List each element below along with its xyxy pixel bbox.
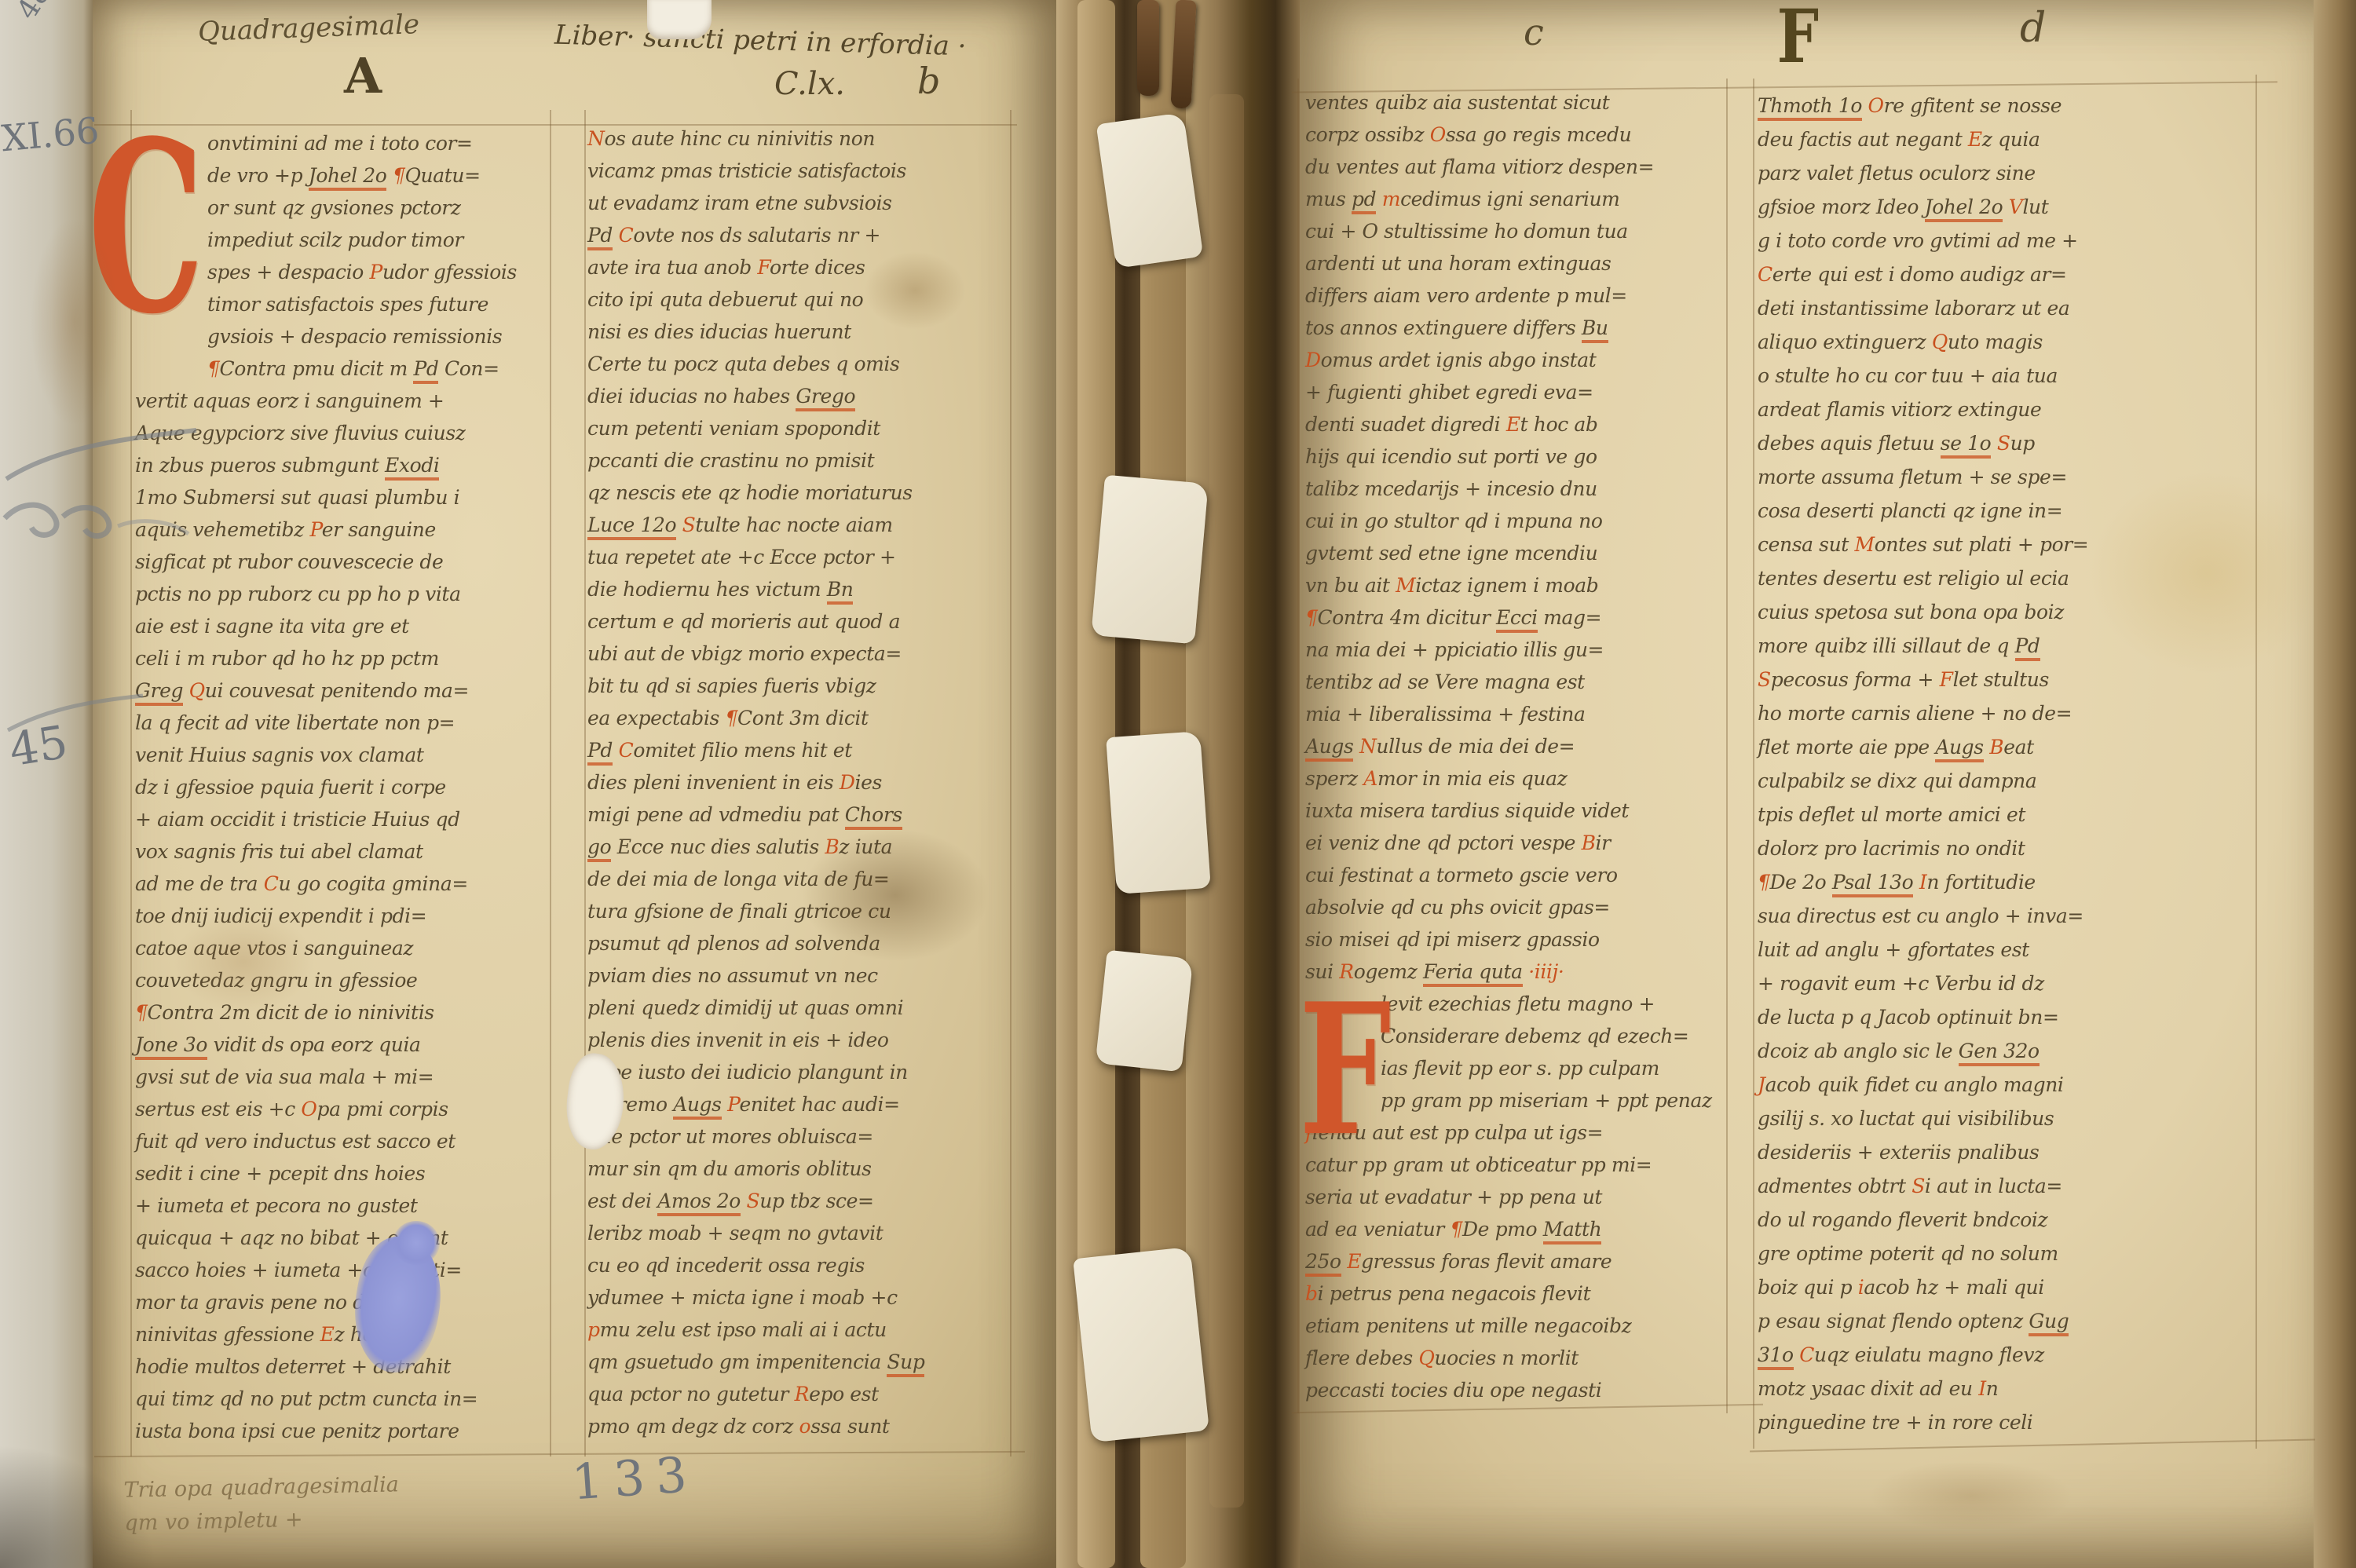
rubric-initial-c: C bbox=[88, 119, 204, 336]
body-text: or sunt qz gvsiones pctorz bbox=[207, 196, 461, 219]
manuscript-line: deu factis aut negant Ez quia bbox=[1758, 128, 2186, 162]
manuscript-line: die hodiernu hes victum Bn bbox=[587, 578, 1004, 610]
manuscript-line: ut evadamz iram etne subvsiois bbox=[587, 192, 1004, 224]
rubric-text: ¶ bbox=[725, 707, 737, 729]
manuscript-line: celi i m rubor qd ho hz pp pctm bbox=[135, 647, 547, 679]
body-text: ssa go regis mcedu bbox=[1446, 123, 1631, 146]
manuscript-line: 31o Cuqz eiulatu magno flevz bbox=[1758, 1343, 2186, 1377]
body-text: sepe iusto dei iudicio plangunt in bbox=[587, 1061, 908, 1084]
manuscript-line: p esau signat flendo optenz Gug bbox=[1758, 1310, 2186, 1343]
citation-underlined: Chors bbox=[845, 803, 902, 830]
body-text: o stulte ho cu cor tuu + aia tua bbox=[1758, 364, 2058, 387]
ruling-line bbox=[1753, 79, 1754, 1449]
citation-underlined: Johel 2o bbox=[1925, 196, 2003, 222]
manuscript-line: cito ipi quta debuerut qui no bbox=[587, 288, 1004, 320]
manuscript-line: ea expectabis ¶Cont 3m dicit bbox=[587, 707, 1004, 739]
manuscript-line: peccasti tocies diu ope negasti bbox=[1305, 1379, 1725, 1411]
body-text: Cont 3m dicit bbox=[737, 707, 869, 729]
body-text: gvtemt sed etne igne mcendiu bbox=[1305, 542, 1597, 565]
manuscript-line: debes aquis fletuu se 1o Sup bbox=[1758, 432, 2186, 466]
manuscript-line: venit Huius sagnis vox clamat bbox=[135, 744, 547, 776]
manuscript-line: ardeat flamis vitiorz extingue bbox=[1758, 398, 2186, 432]
manuscript-line: + iumeta et pecora no gustet bbox=[135, 1194, 547, 1226]
manuscript-line: ninivitas gfessione Ez heu tibi bbox=[135, 1323, 547, 1355]
body-text: z quia bbox=[1982, 128, 2040, 151]
rubric-text: P bbox=[369, 261, 382, 283]
rubric-initial-f: F bbox=[1299, 988, 1391, 1154]
body-text: acob hz + mali qui bbox=[1864, 1276, 2043, 1299]
body-text: cuius spetosa sut bona opa boiz bbox=[1758, 601, 2064, 623]
manuscript-line: aliquo extinguerz Quto magis bbox=[1758, 331, 2186, 364]
body-text: pviam dies no assumut vn nec bbox=[587, 964, 878, 987]
citation-underlined: Sup bbox=[887, 1351, 924, 1377]
rubric-text: ¶ bbox=[1305, 606, 1318, 629]
body-text: est dei bbox=[587, 1190, 657, 1212]
manuscript-line: + rogavit eum +c Verbu id dz bbox=[1758, 972, 2186, 1006]
body-text: Considerare debemz qd ezech= bbox=[1381, 1025, 1688, 1047]
manuscript-line: Pd Comitet filio mens hit et bbox=[587, 739, 1004, 771]
body-text: pctis no pp ruborz cu pp ho p vita bbox=[135, 583, 461, 605]
body-text: absolvie qd cu phs ovicit gpas= bbox=[1305, 896, 1610, 919]
citation-underlined: 31o bbox=[1758, 1343, 1794, 1370]
body-text: onvtimini ad me i toto cor= bbox=[207, 132, 473, 155]
manuscript-line: de dei mia de longa vita de fu= bbox=[587, 868, 1004, 900]
pencil-page-number: 133 bbox=[570, 1445, 700, 1511]
manuscript-line: ubi aut de vbigz morio expecta= bbox=[587, 642, 1004, 674]
manuscript-line: mus pd mcedimus igni senarium bbox=[1305, 188, 1725, 220]
body-text: corpz ossibz bbox=[1305, 123, 1430, 146]
column-letter-a: A bbox=[344, 47, 382, 104]
rubric-text: P bbox=[309, 518, 321, 541]
manuscript-line: migi pene ad vdmediu pat Chors bbox=[587, 803, 1004, 835]
body-text: dies pleni invenient in eis bbox=[587, 771, 840, 794]
manuscript-line: du ventes aut flama vitiorz despen= bbox=[1305, 155, 1725, 188]
manuscript-line: dcoiz ab anglo sic le Gen 32o bbox=[1758, 1040, 2186, 1073]
citation-underlined: Thmoth 1o bbox=[1758, 94, 1862, 121]
rubric-text: m bbox=[1382, 188, 1400, 210]
body-text: vidit ds opa eorz quia bbox=[207, 1033, 420, 1056]
manuscript-line: pccanti die crastinu no pmisit bbox=[587, 449, 1004, 481]
body-text: de vro +p bbox=[207, 164, 309, 187]
body-text: catoe aque vtos i sanguineaz bbox=[135, 937, 413, 959]
body-text: quicqua + aqz no bibat + opiant bbox=[135, 1226, 448, 1249]
manuscript-line: nisi es dies iducias huerunt bbox=[587, 320, 1004, 353]
manuscript-line: plenis dies invenit in eis + ideo bbox=[587, 1029, 1004, 1061]
citation-underlined: Johel 2o bbox=[309, 164, 387, 191]
body-text: erte qui est i domo audigz ar= bbox=[1772, 263, 2067, 286]
parchment-guard bbox=[1209, 94, 1244, 1508]
body-text: tua repetet ate +c Ecce pctor + bbox=[587, 546, 896, 568]
paper-slip bbox=[1096, 950, 1194, 1073]
body-text: sedit i cine + pcepit dns hoies bbox=[135, 1162, 425, 1185]
citation-underlined: Psal 13o bbox=[1832, 871, 1914, 897]
body-text: ictaz ignem i moab bbox=[1415, 574, 1598, 597]
rubric-text: ·iiij· bbox=[1528, 960, 1564, 983]
body-text: motz ysaac dixit ad eu bbox=[1758, 1377, 1978, 1400]
manuscript-line: mur sin qm du amoris oblitus bbox=[587, 1157, 1004, 1190]
body-text: ei veniz dne qd pctori vespe bbox=[1305, 832, 1582, 854]
body-text bbox=[613, 224, 619, 247]
body-text: ut evadamz iram etne subvsiois bbox=[587, 192, 892, 214]
manuscript-line: vicamz pmas tristicie satisfactois bbox=[587, 159, 1004, 192]
body-text: levit ezechias fletu magno + bbox=[1381, 992, 1655, 1015]
body-text: ardenti ut una horam extinguas bbox=[1305, 252, 1611, 275]
citation-underlined: se 1o bbox=[1941, 432, 1992, 459]
rubric-text: o bbox=[799, 1415, 811, 1438]
body-text: Contra 2m dicit de io ninivitis bbox=[148, 1001, 434, 1024]
body-text: cu eo qd incederit ossa regis bbox=[587, 1254, 865, 1277]
citation-underlined: Gug bbox=[2029, 1310, 2069, 1336]
rubric-text: C bbox=[264, 872, 279, 895]
rubric-text: J bbox=[1758, 1073, 1765, 1096]
manuscript-line: tentes desertu est religio ul ecia bbox=[1758, 567, 2186, 601]
body-text: mu zelu est ipso mali ai i actu bbox=[600, 1318, 887, 1341]
body-text bbox=[2003, 196, 2009, 218]
body-text: tentibz ad se Vere magna est bbox=[1305, 671, 1585, 693]
manuscript-line: Jone 3o vidit ds opa eorz quia bbox=[135, 1033, 547, 1065]
manuscript-line: sua directus est cu anglo + inva= bbox=[1758, 905, 2186, 938]
rubric-text: F bbox=[757, 256, 770, 279]
body-text: ardeat flamis vitiorz extingue bbox=[1758, 398, 2041, 421]
manuscript-line: ¶De 2o Psal 13o In fortitudie bbox=[1758, 871, 2186, 905]
manuscript-line: psumut qd plenos ad solvenda bbox=[587, 932, 1004, 964]
body-text: pccanti die crastinu no pmisit bbox=[587, 449, 874, 472]
manuscript-line: flere debes Quocies n morlit bbox=[1305, 1347, 1725, 1379]
body-text: mor in mia eis quaz bbox=[1377, 767, 1567, 790]
manuscript-line: denti suadet digredi Et hoc ab bbox=[1305, 413, 1725, 445]
body-text: n fortitudie bbox=[1926, 871, 2036, 894]
manuscript-line: Certe tu pocz quta debes q omis bbox=[587, 353, 1004, 385]
rubric-text: I bbox=[1978, 1377, 1985, 1400]
rubric-text: D bbox=[840, 771, 855, 794]
text-column-1: onvtimini ad me i toto cor=de vro +p Joh… bbox=[135, 132, 547, 1452]
rubric-text: E bbox=[1968, 128, 1982, 151]
body-text: up tbz sce= bbox=[759, 1190, 873, 1212]
body-text: z heu tibi bbox=[335, 1323, 424, 1346]
body-text: de dei mia de longa vita de fu= bbox=[587, 868, 889, 890]
manuscript-line: ad ea veniatur ¶De pmo Matth bbox=[1305, 1218, 1725, 1250]
body-text: ydumee + micta igne i moab +c bbox=[587, 1286, 898, 1309]
manuscript-line: absolvie qd cu phs ovicit gpas= bbox=[1305, 896, 1725, 928]
manuscript-line: la q fecit ad vite libertate non p= bbox=[135, 711, 547, 744]
body-text: pleni quedz dimidij ut quas omni bbox=[587, 996, 903, 1019]
body-text: sperz bbox=[1305, 767, 1363, 790]
manuscript-line: vox sagnis fris tui abel clamat bbox=[135, 840, 547, 872]
body-text: aliquo extinguerz bbox=[1758, 331, 1932, 353]
pencil-scribble bbox=[0, 424, 220, 581]
rubric-text: O bbox=[1430, 123, 1446, 146]
manuscript-line: leribz moab + seqm no gvtavit bbox=[587, 1222, 1004, 1254]
manuscript-line: ho morte carnis aliene + no de= bbox=[1758, 702, 2186, 736]
manuscript-line: + fugienti ghibet egredi eva= bbox=[1305, 381, 1725, 413]
body-text: etiam penitens ut mille negacoibz bbox=[1305, 1314, 1631, 1337]
body-text: pp gram pp miseriam + ppt penaz bbox=[1381, 1089, 1712, 1112]
body-text: ea expectabis bbox=[587, 707, 725, 729]
body-text: peccasti tocies diu ope negasti bbox=[1305, 1379, 1601, 1402]
rubric-text: R bbox=[795, 1383, 809, 1405]
body-text: talibz mcedarijs + incesio dnu bbox=[1305, 477, 1597, 500]
manuscript-line: boiz qui p iacob hz + mali qui bbox=[1758, 1276, 2186, 1310]
body-text: sua directus est cu anglo + inva= bbox=[1758, 905, 2083, 927]
ruling-line bbox=[1726, 79, 1728, 1413]
ruling-line bbox=[584, 110, 586, 1457]
body-text: Certe tu pocz quta debes q omis bbox=[587, 353, 899, 375]
manuscript-line: deti instantissime laborarz ut ea bbox=[1758, 297, 2186, 331]
body-text: deti instantissime laborarz ut ea bbox=[1758, 297, 2069, 320]
manuscript-line: ardenti ut una horam extinguas bbox=[1305, 252, 1725, 284]
body-text: gvsiois + despacio remissionis bbox=[207, 325, 502, 348]
body-text: uqz eiulatu magno flevz bbox=[1814, 1343, 2044, 1366]
manuscript-line: diei iducias no habes Grego bbox=[587, 385, 1004, 417]
body-text: + fugienti ghibet egredi eva= bbox=[1305, 381, 1593, 404]
manuscript-line: pmo qm degz dz corz ossa sunt bbox=[587, 1415, 1004, 1447]
manuscript-line: hijs qui icendio sut porti ve go bbox=[1305, 445, 1725, 477]
body-text: die hodiernu hes victum bbox=[587, 578, 827, 601]
manuscript-line: hodie multos deterret + detrahit bbox=[135, 1355, 547, 1387]
manuscript-line: talibz mcedarijs + incesio dnu bbox=[1305, 477, 1725, 510]
body-text: acob quik fidet cu anglo magni bbox=[1765, 1073, 2064, 1096]
rubric-text: Q bbox=[189, 679, 205, 702]
manuscript-line: sertus est eis +c Opa pmi corpis bbox=[135, 1098, 547, 1130]
body-text: cui + O stultissime ho domun tua bbox=[1305, 220, 1628, 243]
manuscript-line: seria ut evadatur + pp pena ut bbox=[1305, 1186, 1725, 1218]
body-text: vox sagnis fris tui abel clamat bbox=[135, 840, 423, 863]
manuscript-line: sacco hoies + iumeta +c Ecce ti= bbox=[135, 1259, 547, 1291]
citation-underlined: Jone 3o bbox=[135, 1033, 207, 1060]
body-text: u go cogita gmina= bbox=[278, 872, 467, 895]
body-text: diei iducias no habes bbox=[587, 385, 796, 408]
rubric-text: E bbox=[379, 1259, 393, 1281]
citation-underlined: Augs bbox=[1935, 736, 1983, 762]
manuscript-line: luit ad anglu + gfortates est bbox=[1758, 938, 2186, 972]
body-text: bit tu qd si sapies fueris vbigz bbox=[587, 674, 876, 697]
body-text: deu factis aut negant bbox=[1758, 128, 1968, 151]
citation-underlined: Grego bbox=[796, 385, 855, 411]
rubric-text: C bbox=[1799, 1343, 1814, 1366]
body-text: boiz qui p bbox=[1758, 1276, 1858, 1299]
paper-slip bbox=[1106, 731, 1211, 894]
manuscript-line: couvetedaz gngru in gfessioe bbox=[135, 969, 547, 1001]
manuscript-line: iuxta misera tardius siquide videt bbox=[1305, 799, 1725, 832]
body-text: i petrus pena negacois flevit bbox=[1318, 1282, 1591, 1305]
body-text: mia + liberalissima + festina bbox=[1305, 703, 1586, 726]
body-text: mus bbox=[1305, 188, 1352, 210]
manuscript-line: pctis no pp ruborz cu pp ho p vita bbox=[135, 583, 547, 615]
citation-underlined: Gen 32o bbox=[1959, 1040, 2040, 1066]
body-text: g i toto corde vro gvtimi ad me + bbox=[1758, 229, 2078, 252]
body-text: pinguedine tre + in rore celi bbox=[1758, 1411, 2032, 1434]
rubric-text: S bbox=[682, 514, 696, 536]
manuscript-line: bi petrus pena negacois flevit bbox=[1305, 1282, 1725, 1314]
body-text: tulte hac nocte aiam bbox=[695, 514, 892, 536]
manuscript-line: gre optime poterit qd no solum bbox=[1758, 1242, 2186, 1276]
rubric-text: M bbox=[1396, 574, 1415, 597]
text-column-3: ventes quibz aia sustentat sicutcorpz os… bbox=[1305, 91, 1725, 1411]
body-text: fuit qd vero inductus est sacco et bbox=[135, 1130, 455, 1153]
body-text: let stultus bbox=[1953, 668, 2049, 691]
manuscript-line: tua repetet ate +c Ecce pctor + bbox=[587, 546, 1004, 578]
manuscript-line: certum e qd morieris aut quod a bbox=[587, 610, 1004, 642]
manuscript-line: dolorz pro lacrimis no ondit bbox=[1758, 837, 2186, 871]
rubric-text: O bbox=[301, 1098, 316, 1120]
manuscript-line: qm gsuetudo gm impenitencia Sup bbox=[587, 1351, 1004, 1383]
body-text bbox=[1353, 735, 1359, 758]
manuscript-line: ydumee + micta igne i moab +c bbox=[587, 1286, 1004, 1318]
body-text: differs aiam vero ardente p mul= bbox=[1305, 284, 1627, 307]
body-text: do ul rogando fleverit bndcoiz bbox=[1758, 1208, 2047, 1231]
citation-underlined: Pd bbox=[587, 224, 613, 250]
manuscript-line: iusta bona ipsi cue penitz portare bbox=[135, 1420, 547, 1452]
citation-underlined: Exodi bbox=[385, 454, 439, 481]
body-text: + iumeta et pecora no gustet bbox=[135, 1194, 418, 1217]
body-text: impediut scilz pudor timor bbox=[207, 228, 463, 251]
body-text: dolorz pro lacrimis no ondit bbox=[1758, 837, 2025, 860]
rubric-text: V bbox=[2009, 196, 2023, 218]
body-text: censa sut bbox=[1758, 533, 1855, 556]
rubric-text: B bbox=[825, 835, 839, 858]
manuscript-line: tpis deflet ul morte amici et bbox=[1758, 803, 2186, 837]
rubric-text: I bbox=[1919, 871, 1926, 894]
manuscript-line: culpabilz se dixz qui dampna bbox=[1758, 769, 2186, 803]
footer-annotation: Tria opa quadragesimalia qm vo impletu + bbox=[123, 1468, 400, 1540]
body-text: epo est bbox=[809, 1383, 879, 1405]
ruling-line bbox=[2255, 75, 2257, 1449]
body-text: vertit aquas eorz i sanguinem + bbox=[135, 389, 444, 412]
body-text: admentes obtrt bbox=[1758, 1175, 1912, 1197]
rubric-text: E bbox=[320, 1323, 335, 1346]
body-text: de lucta p q Jacob optinuit bn= bbox=[1758, 1006, 2059, 1029]
body-text: desideriis + exteriis pnalibus bbox=[1758, 1141, 2039, 1164]
citation-underlined: Pd bbox=[2015, 634, 2040, 661]
manuscript-line: ad me de tra Cu go cogita gmina= bbox=[135, 872, 547, 905]
page-edge bbox=[2314, 0, 2356, 1568]
body-text: ullus de mia dei de= bbox=[1376, 735, 1575, 758]
citation-underlined: Matth bbox=[1543, 1218, 1602, 1245]
body-text: debes aquis fletuu bbox=[1758, 432, 1941, 455]
body-text: ad me de tra bbox=[135, 872, 264, 895]
body-text: morte assuma fletum + se spe= bbox=[1758, 466, 2067, 488]
manuscript-line: gsilij s. xo luctat qui visibilibus bbox=[1758, 1107, 2186, 1141]
rubric-text: C bbox=[619, 739, 634, 762]
body-text: enitet hac audi= bbox=[739, 1093, 899, 1116]
manuscript-line: sio misei qd ipi miserz gpassio bbox=[1305, 928, 1725, 960]
manuscript-line: differs aiam vero ardente p mul= bbox=[1305, 284, 1725, 316]
manuscript-line: de lucta p q Jacob optinuit bn= bbox=[1758, 1006, 2186, 1040]
manuscript-line: avte ira tua anob Forte dices bbox=[587, 256, 1004, 288]
body-text: ias flevit pp eor s. pp culpam bbox=[1381, 1057, 1659, 1080]
rubric-text: ¶ bbox=[135, 1001, 148, 1024]
ruling-line bbox=[550, 110, 551, 1457]
body-text: uocies n morlit bbox=[1434, 1347, 1579, 1369]
manuscript-line: gvsi sut de via sua mala + mi= bbox=[135, 1065, 547, 1098]
manuscript-line: tura gfsione de finali gtricoe cu bbox=[587, 900, 1004, 932]
manuscript-line: ¶Contra 4m dicitur Ecci mag= bbox=[1305, 606, 1725, 638]
manuscript-line: go Ecce nuc dies salutis Bz iuta bbox=[587, 835, 1004, 868]
body-text: ontes sut plati + por= bbox=[1875, 533, 2089, 556]
rubric-text: A bbox=[1363, 767, 1377, 790]
body-text: gfsioe morz Ideo bbox=[1758, 196, 1925, 218]
body-text: denti suadet digredi bbox=[1305, 413, 1506, 436]
footer-annotation-line2: qm vo impletu + bbox=[124, 1501, 400, 1540]
body-text: extremo bbox=[587, 1093, 673, 1116]
body-text: timor satisfactois spes future bbox=[207, 293, 488, 316]
manuscript-line: mia + liberalissima + festina bbox=[1305, 703, 1725, 735]
text-column-4: Thmoth 1o Ore gfitent se nossedeu factis… bbox=[1758, 94, 2186, 1445]
manuscript-line: o stulte ho cu cor tuu + aia tua bbox=[1758, 364, 2186, 398]
rubric-text: O bbox=[1868, 94, 1884, 117]
body-text: flet morte aie ppe bbox=[1758, 736, 1935, 758]
rubric-text: B bbox=[1582, 832, 1596, 854]
body-text: er sanguine bbox=[322, 518, 436, 541]
body-text: qui timz qd no put pctm cuncta in= bbox=[135, 1387, 477, 1410]
manuscript-line: vertit aquas eorz i sanguinem + bbox=[135, 389, 547, 422]
body-text: Ecce nuc dies salutis bbox=[611, 835, 825, 858]
manuscript-line: Certe qui est i domo audigz ar= bbox=[1758, 263, 2186, 297]
manuscript-line: bit tu qd si sapies fueris vbigz bbox=[587, 674, 1004, 707]
body-text: mag= bbox=[1538, 606, 1602, 629]
ruling-line bbox=[1297, 79, 1299, 1413]
body-text: ad ea veniatur bbox=[1305, 1218, 1450, 1241]
manuscript-line: catoe aque vtos i sanguineaz bbox=[135, 937, 547, 969]
rubric-text: P bbox=[727, 1093, 739, 1116]
body-text: Quatu= bbox=[404, 164, 480, 187]
body-text: qz nescis ete qz hodie moriaturus bbox=[587, 481, 913, 504]
body-text: vn bu ait bbox=[1305, 574, 1396, 597]
manuscript-line: est dei Amos 2o Sup tbz sce= bbox=[587, 1190, 1004, 1222]
rubric-text: M bbox=[1855, 533, 1875, 556]
manuscript-line: gfsioe morz Ideo Johel 2o Vlut bbox=[1758, 196, 2186, 229]
body-text: ies bbox=[854, 771, 881, 794]
rubric-text: E bbox=[1506, 413, 1520, 436]
body-text: la q fecit ad vite libertate non p= bbox=[135, 711, 455, 734]
manuscript-photo: onvtimini ad me i toto cor=de vro +p Joh… bbox=[0, 0, 2356, 1568]
body-text: cui festinat a tormeto gscie vero bbox=[1305, 864, 1618, 886]
body-text: flere debes bbox=[1305, 1347, 1418, 1369]
body-text: sio misei qd ipi miserz gpassio bbox=[1305, 928, 1600, 951]
body-text: mor ta gravis pene no deterret bbox=[135, 1291, 432, 1314]
body-text: ninivitas gfessione bbox=[135, 1323, 320, 1346]
body-text: sacco hoies + iumeta +c bbox=[135, 1259, 379, 1281]
manuscript-line: ei veniz dne qd pctori vespe Bir bbox=[1305, 832, 1725, 864]
flyleaf-edge bbox=[0, 0, 93, 1568]
body-text: mur sin qm du amoris oblitus bbox=[587, 1157, 872, 1180]
citation-underlined: Bn bbox=[827, 578, 854, 605]
manuscript-line: Greg Qui couvesat penitendo ma= bbox=[135, 679, 547, 711]
body-text: p esau signat flendo optenz bbox=[1758, 1310, 2029, 1332]
manuscript-line: etiam penitens ut mille negacoibz bbox=[1305, 1314, 1725, 1347]
body-text: i aut in lucta= bbox=[1925, 1175, 2062, 1197]
body-text: + aiam occidit i tristicie Huius qd bbox=[135, 808, 460, 831]
rubric-text: C bbox=[1758, 263, 1772, 286]
body-text: cum petenti veniam spopondit bbox=[587, 417, 880, 440]
body-text: udor gfessiois bbox=[382, 261, 517, 283]
body-text: leribz moab + seqm no gvtavit bbox=[587, 1222, 883, 1245]
rubric-text: p bbox=[587, 1318, 600, 1341]
rubric-text: B bbox=[1989, 736, 2003, 758]
manuscript-line: mor ta gravis pene no deterret bbox=[135, 1291, 547, 1323]
body-text: lut bbox=[2022, 196, 2048, 218]
body-text: du ventes aut flama vitiorz despen= bbox=[1305, 155, 1654, 178]
manuscript-line: + aiam occidit i tristicie Huius qd bbox=[135, 808, 547, 840]
body-text: cce ti= bbox=[393, 1259, 462, 1281]
body-text: uto magis bbox=[1948, 331, 2043, 353]
body-text: gvsi sut de via sua mala + mi= bbox=[135, 1065, 434, 1088]
body-text: vicamz pmas tristicie satisfactois bbox=[587, 159, 906, 182]
rubric-text: C bbox=[619, 224, 634, 247]
body-text: parz valet fletus oculorz sine bbox=[1758, 162, 2036, 185]
body-text: cedimus igni senarium bbox=[1400, 188, 1619, 210]
manuscript-line: na mia dei + ppiciatio illis gu= bbox=[1305, 638, 1725, 671]
